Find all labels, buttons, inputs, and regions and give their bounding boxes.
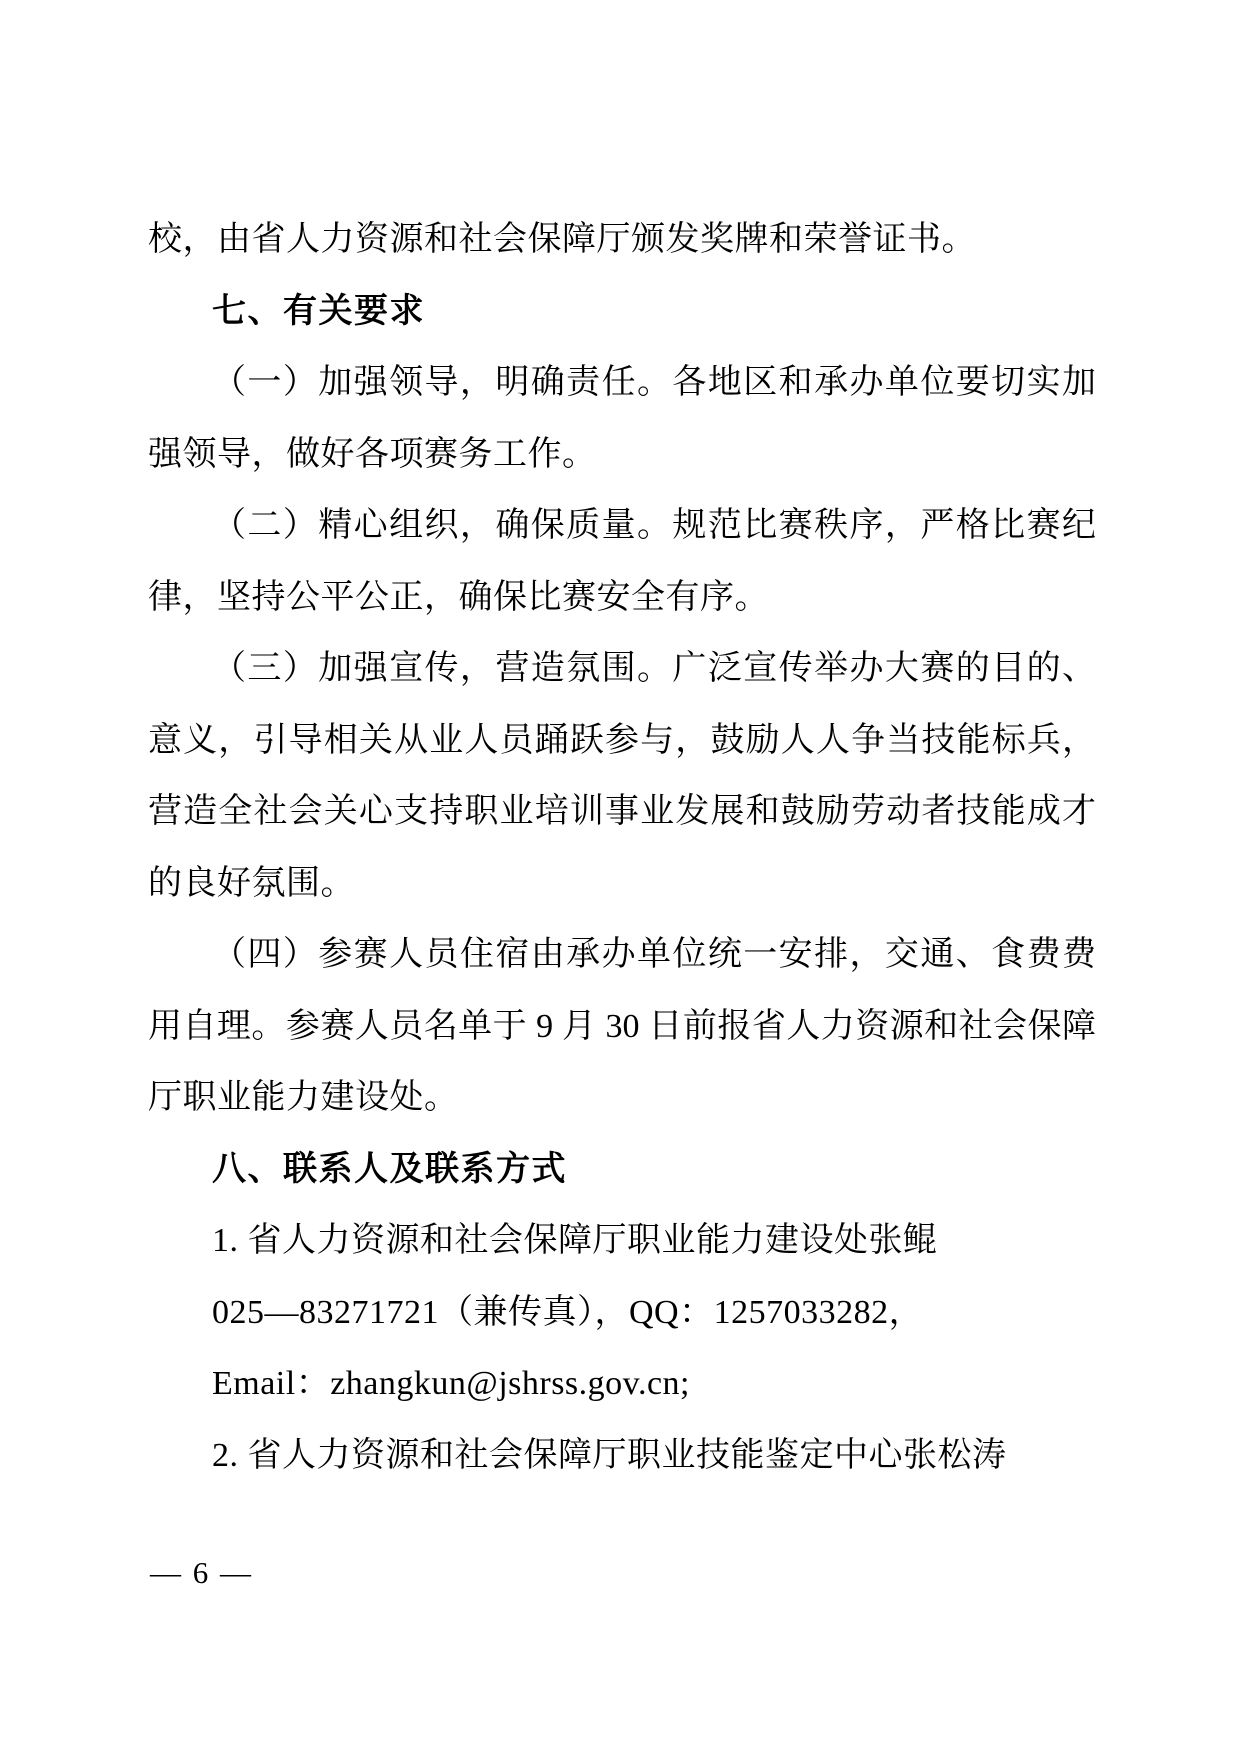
doc-line: 律，坚持公平公正，确保比赛安全有序。: [148, 562, 1096, 634]
doc-line: 的良好氛围。: [148, 848, 1096, 920]
contact-email-line: Email：zhangkun@jshrss.gov.cn;: [148, 1348, 1096, 1420]
contact-person-1-line: 1. 省人力资源和社会保障厅职业能力建设处张鲲: [148, 1205, 1096, 1277]
document-page: 校，由省人力资源和社会保障厅颁发奖牌和荣誉证书。 七、有关要求 （一）加强领导，…: [0, 0, 1240, 1754]
doc-line: 意义，引导相关从业人员踊跃参与，鼓励人人争当技能标兵，: [148, 705, 1096, 777]
section-heading-7: 七、有关要求: [148, 276, 1096, 348]
doc-line: 用自理。参赛人员名单于 9 月 30 日前报省人力资源和社会保障: [148, 991, 1096, 1063]
doc-line: 厅职业能力建设处。: [148, 1062, 1096, 1134]
doc-line: 营造全社会关心支持职业培训事业发展和鼓励劳动者技能成才: [148, 776, 1096, 848]
doc-line: （三）加强宣传，营造氛围。广泛宣传举办大赛的目的、: [148, 633, 1096, 705]
section-heading-8: 八、联系人及联系方式: [148, 1134, 1096, 1206]
document-body: 校，由省人力资源和社会保障厅颁发奖牌和荣誉证书。 七、有关要求 （一）加强领导，…: [148, 204, 1096, 1491]
contact-phone-qq-line: 025—83271721（兼传真），QQ：1257033282，: [148, 1277, 1096, 1349]
doc-line: （四）参赛人员住宿由承办单位统一安排，交通、食费费: [148, 919, 1096, 991]
doc-line: 强领导，做好各项赛务工作。: [148, 419, 1096, 491]
page-number: — 6 —: [150, 1537, 253, 1609]
doc-line: （二）精心组织，确保质量。规范比赛秩序，严格比赛纪: [148, 490, 1096, 562]
doc-line: （一）加强领导，明确责任。各地区和承办单位要切实加: [148, 347, 1096, 419]
contact-person-2-line: 2. 省人力资源和社会保障厅职业技能鉴定中心张松涛: [148, 1420, 1096, 1492]
doc-line: 校，由省人力资源和社会保障厅颁发奖牌和荣誉证书。: [148, 204, 1096, 276]
